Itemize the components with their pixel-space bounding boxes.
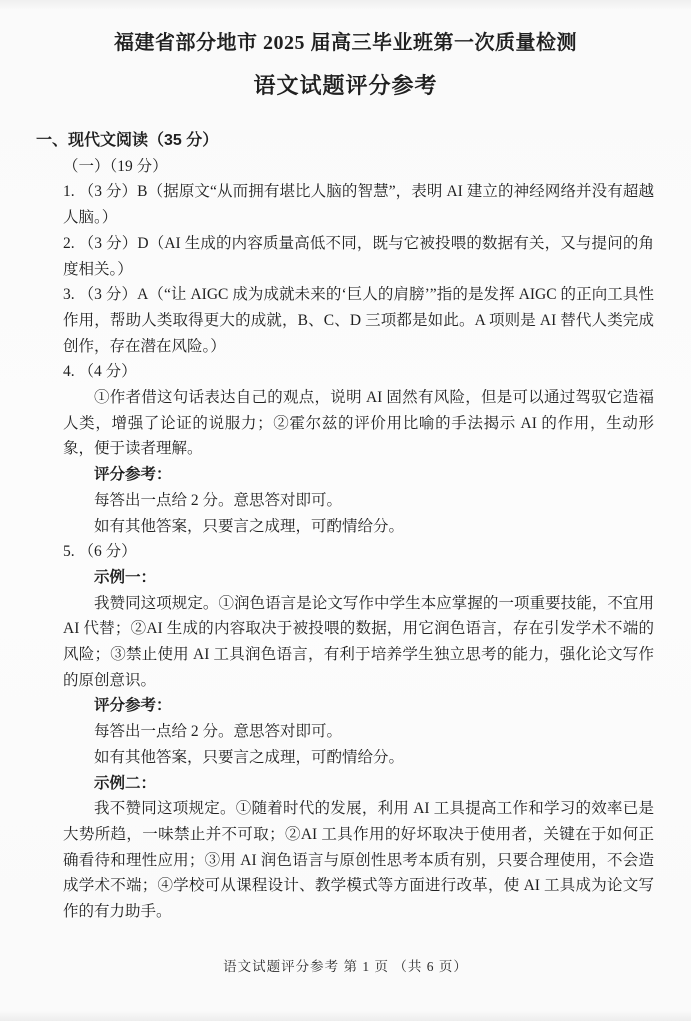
paragraph: 我不赞同这项规定。①随着时代的发展，利用 AI 工具提高工作和学习的效率已是大势… (63, 796, 654, 925)
page-footer: 语文试题评分参考 第 1 页 （共 6 页） (0, 955, 691, 975)
paragraph: 一、现代文阅读（35 分） (36, 128, 654, 154)
paragraph: （一）（19 分） (63, 154, 654, 180)
paragraph: 5. （6 分） (63, 539, 654, 565)
paragraph: 如有其他答案，只要言之成理，可酌情给分。 (63, 514, 654, 540)
paragraph: ①作者借这句话表达自己的观点，说明 AI 固然有风险，但是可以通过驾驭它造福人类… (63, 385, 654, 462)
paragraph: 每答出一点给 2 分。意思答对即可。 (63, 488, 654, 514)
paragraph: 评分参考： (63, 462, 654, 488)
document-subtitle: 语文试题评分参考 (0, 72, 691, 100)
paragraph: 示例一： (63, 565, 654, 591)
paragraph: 我赞同这项规定。①润色语言是论文写作中学生本应掌握的一项重要技能，不宜用 AI … (63, 591, 654, 694)
paragraph: 1. （3 分）B（据原文“从而拥有堪比人脑的智慧”，表明 AI 建立的神经网络… (63, 179, 654, 230)
paragraph: 评分参考： (63, 693, 654, 719)
paragraph: 每答出一点给 2 分。意思答对即可。 (63, 719, 654, 745)
document-body: 一、现代文阅读（35 分）（一）（19 分）1. （3 分）B（据原文“从而拥有… (0, 128, 691, 925)
paragraph: 2. （3 分）D（AI 生成的内容质量高低不同，既与它被投喂的数据有关，又与提… (63, 231, 654, 282)
paragraph: 如有其他答案，只要言之成理，可酌情给分。 (63, 745, 654, 771)
paragraph: 4. （4 分） (63, 359, 654, 385)
scanned-document-page: 福建省部分地市 2025 届高三毕业班第一次质量检测 语文试题评分参考 一、现代… (0, 0, 691, 1021)
paragraph: 3. （3 分）A（“让 AIGC 成为成就未来的‘巨人的肩膀’”指的是发挥 A… (63, 282, 654, 359)
document-title: 福建省部分地市 2025 届高三毕业班第一次质量检测 (0, 0, 691, 56)
paragraph: 示例二： (63, 771, 654, 797)
